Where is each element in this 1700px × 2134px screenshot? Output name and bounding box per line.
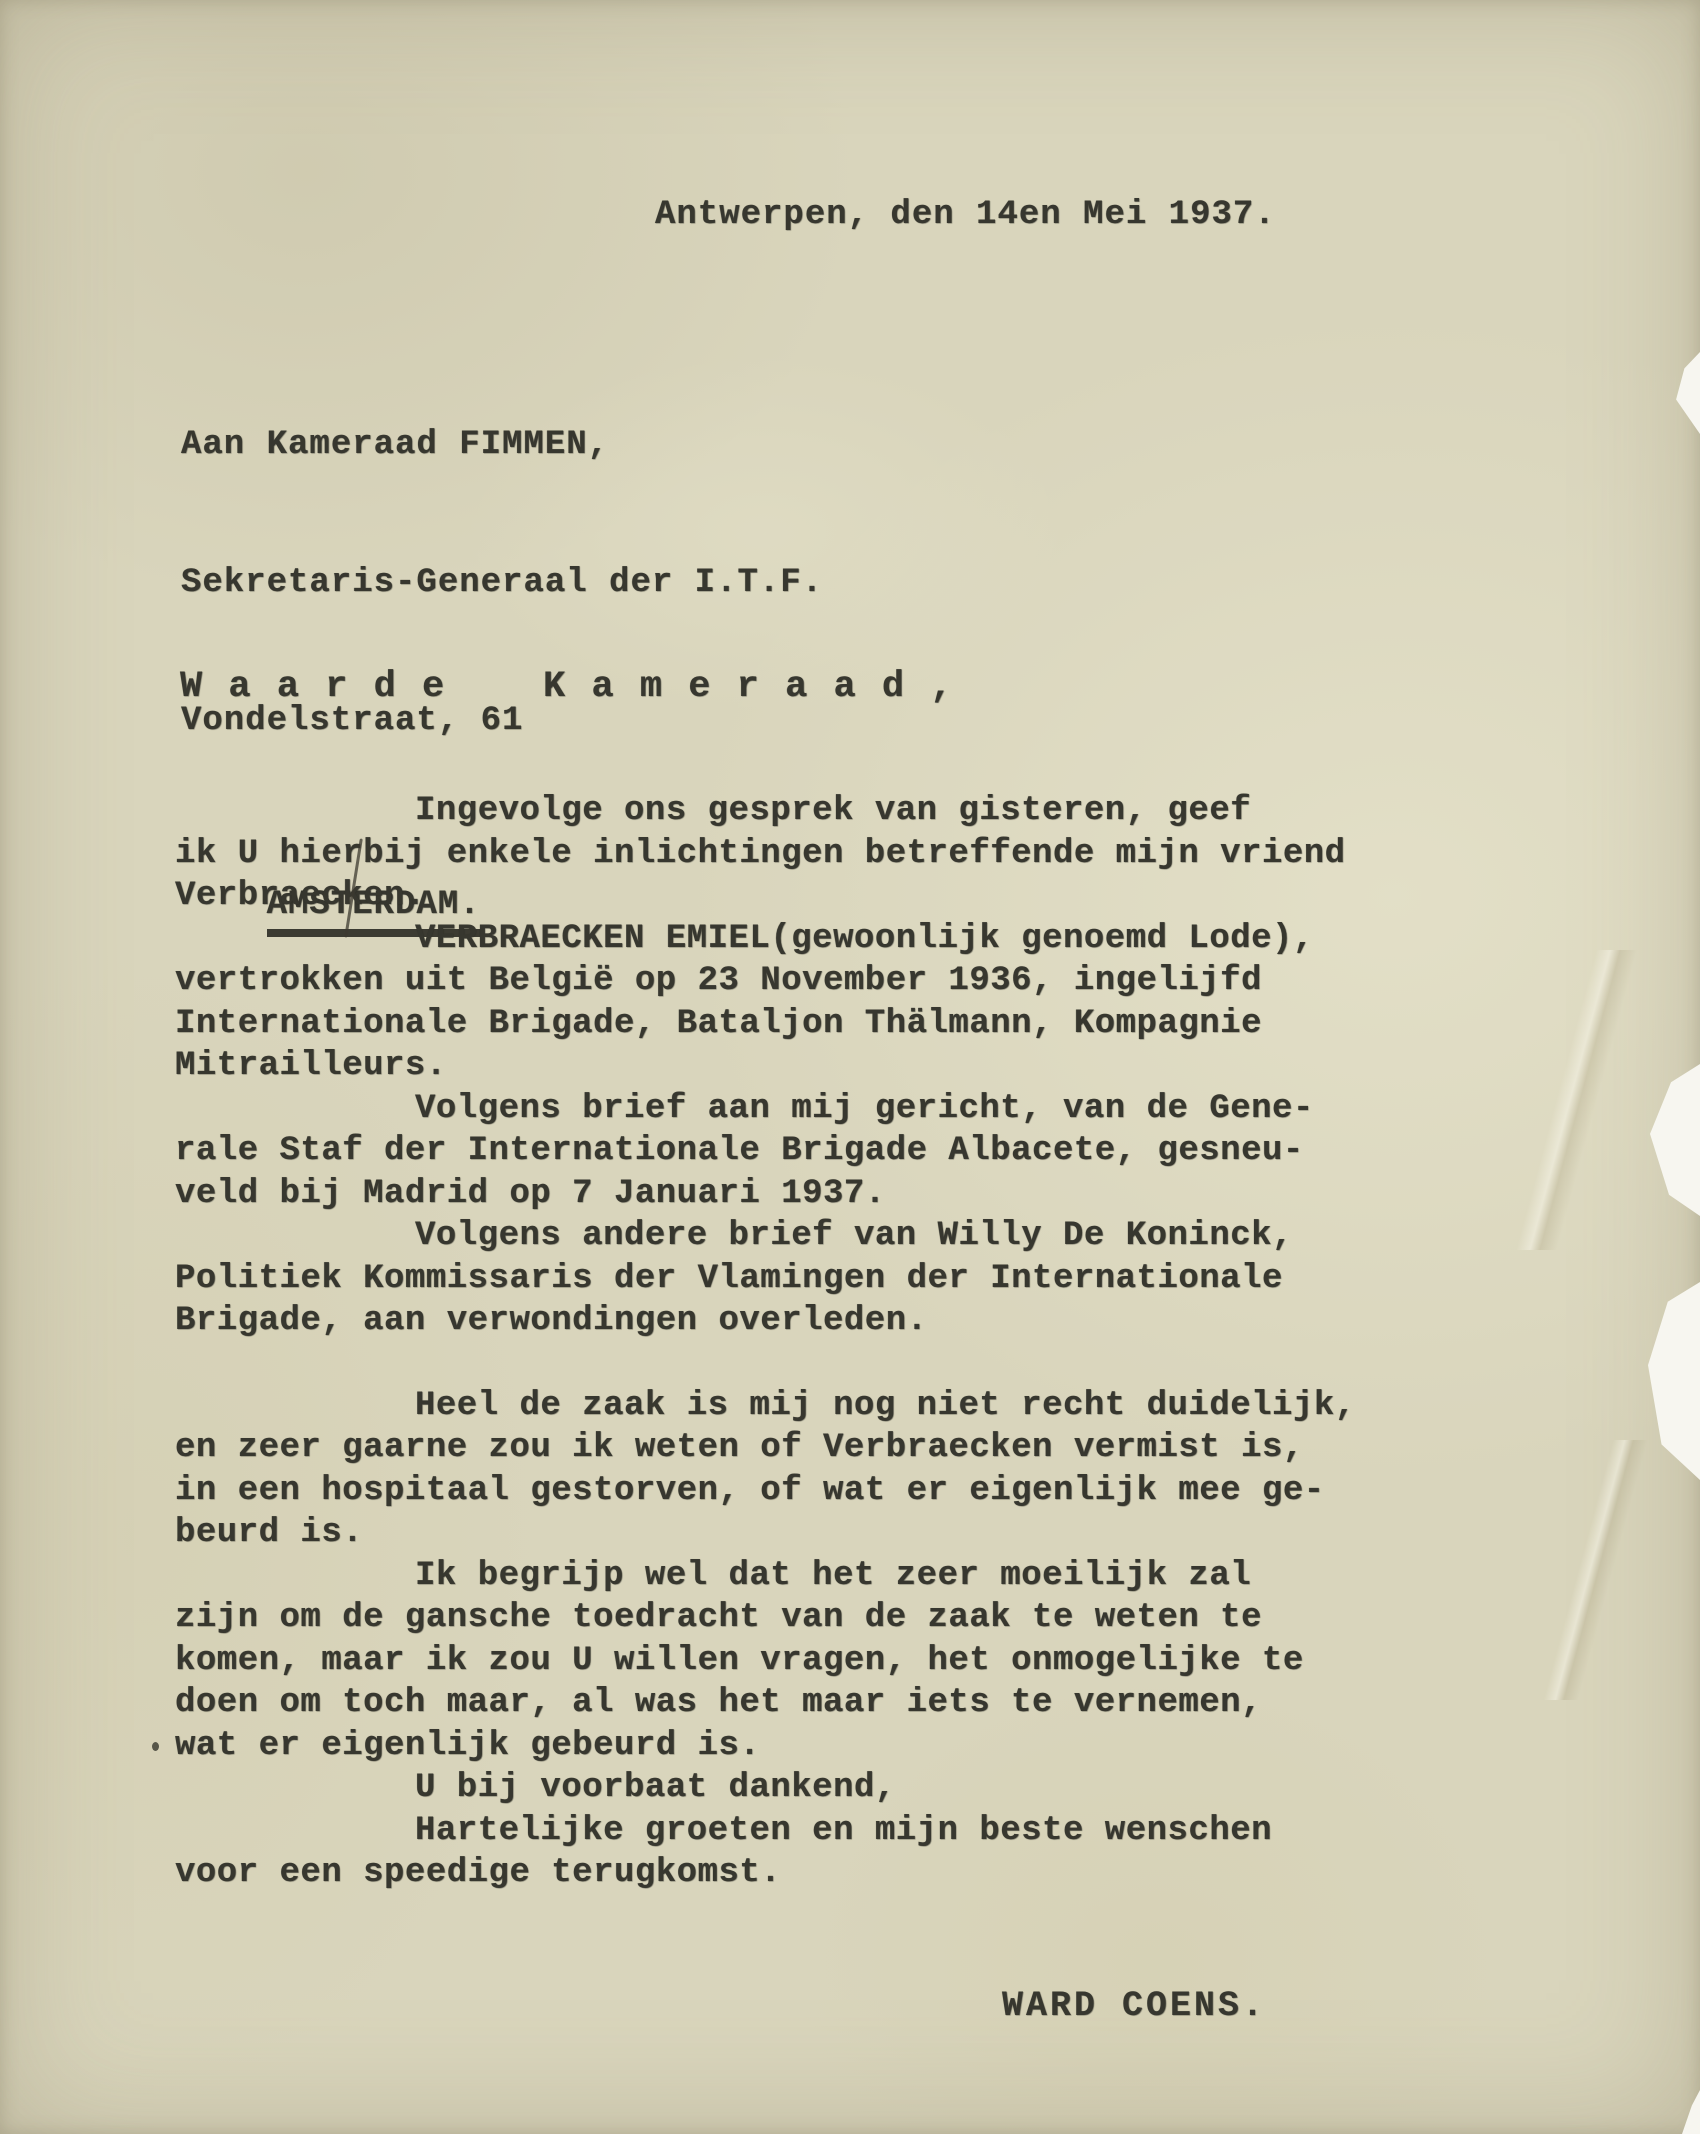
recipient-name-line: Aan Kameraad FIMMEN, [181,422,823,468]
letter-body: Ingevolge ons gesprek van gisteren, geef… [175,790,1505,1895]
salutation: W a a r d e K a m e r a a d , [180,666,955,708]
stray-ink-dot [152,1742,159,1751]
paragraph-intro: Ingevolge ons gesprek van gisteren, geef… [175,790,1505,918]
paper-crease [1480,1440,1700,1700]
paragraph-request: Ik begrijp wel dat het zeer moeilijk zal… [175,1555,1505,1768]
paragraph-general-staff-letter: Volgens brief aan mij gericht, van de Ge… [175,1088,1505,1216]
paragraph-thanks: U bij voorbaat dankend, [175,1767,1505,1810]
torn-edge-notch-bottom [1682,2090,1700,2134]
date-line: Antwerpen, den 14en Mei 1937. [655,196,1276,234]
torn-edge-notch-top [1674,352,1700,434]
paragraph-verbraecken-details: VERBRAECKEN EMIEL(gewoonlijk genoemd Lod… [175,918,1505,1088]
recipient-title-line: Sekretaris-Generaal der I.T.F. [181,560,823,606]
torn-edge-notch-lower [1648,1282,1700,1480]
scanned-letter-page: { "letter": { "date_line": "Antwerpen, d… [0,0,1700,2134]
paragraph-unclear-case: Heel de zaak is mij nog niet recht duide… [175,1385,1505,1555]
torn-edge-notch-middle [1650,1064,1700,1216]
paragraph-koninck-letter: Volgens andere brief van Willy De Koninc… [175,1215,1505,1343]
signature-name: WARD COENS. [1002,1986,1266,2026]
paragraph-greetings: Hartelijke groeten en mijn beste wensche… [175,1810,1505,1895]
